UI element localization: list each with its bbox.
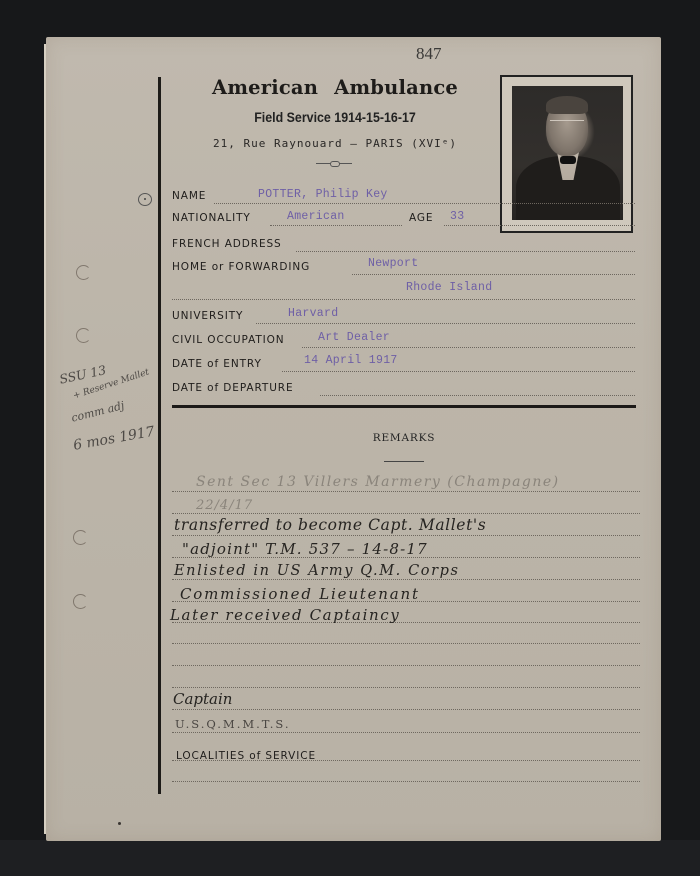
card-subtitle: Field Service 1914-15-16-17 bbox=[192, 110, 477, 125]
university-label: UNIVERSITY bbox=[172, 310, 243, 322]
nationality-line bbox=[270, 225, 402, 226]
card-address: 21, Rue Raynouard — PARIS (XVIᵉ) bbox=[180, 137, 490, 150]
remarks-underline bbox=[384, 461, 424, 462]
date-of-entry-label: DATE of ENTRY bbox=[172, 358, 262, 370]
section-rule bbox=[172, 405, 636, 408]
field-date-of-entry: DATE of ENTRY 14 April 1917 bbox=[172, 354, 635, 372]
french-address-label: FRENCH ADDRESS bbox=[172, 238, 282, 250]
photo-glasses bbox=[550, 120, 584, 128]
remark-line-3: transferred to become Capt. Mallet's bbox=[174, 516, 486, 534]
punch-hole-icon bbox=[76, 265, 91, 280]
localities-line-2 bbox=[172, 781, 640, 782]
background-bottom bbox=[0, 840, 700, 876]
nationality-label: NATIONALITY bbox=[172, 212, 251, 224]
remarks-line bbox=[172, 687, 640, 688]
home-forwarding-line-2 bbox=[172, 299, 635, 300]
date-of-departure-line bbox=[320, 395, 635, 396]
remark-line-6: Commissioned Lieutenant bbox=[180, 585, 420, 603]
remarks-heading: REMARKS bbox=[172, 432, 636, 444]
remarks-line bbox=[172, 732, 640, 733]
name-value: POTTER, Philip Key bbox=[258, 188, 388, 201]
nationality-value: American bbox=[287, 210, 345, 223]
civil-occupation-line bbox=[302, 347, 635, 348]
remarks-line bbox=[172, 665, 640, 666]
photo-hair bbox=[546, 96, 588, 114]
remarks-line bbox=[172, 513, 640, 514]
home-forwarding-line bbox=[352, 274, 635, 275]
remark-line-7: Later received Captaincy bbox=[170, 606, 400, 624]
remarks-line bbox=[172, 643, 640, 644]
punch-hole-icon bbox=[73, 594, 88, 609]
punch-hole-icon bbox=[76, 328, 91, 343]
paper-speck bbox=[118, 822, 121, 825]
home-forwarding-value-1: Newport bbox=[368, 257, 418, 270]
university-line bbox=[256, 323, 635, 324]
home-forwarding-label: HOME or FORWARDING bbox=[172, 261, 310, 273]
remark-line-4: "adjoint" T.M. 537 – 14-8-17 bbox=[182, 540, 428, 558]
date-of-entry-value: 14 April 1917 bbox=[304, 354, 398, 367]
field-civil-occupation: CIVIL OCCUPATION Art Dealer bbox=[172, 330, 635, 348]
remark-line-9: U.S.Q.M.M.T.S. bbox=[175, 717, 291, 731]
ornament-divider bbox=[316, 163, 352, 164]
field-date-of-departure: DATE of DEPARTURE bbox=[172, 378, 635, 396]
remarks-line bbox=[172, 709, 640, 710]
university-value: Harvard bbox=[288, 307, 338, 320]
punch-hole-icon bbox=[73, 530, 88, 545]
remarks-line bbox=[172, 535, 640, 536]
field-university: UNIVERSITY Harvard bbox=[172, 306, 635, 324]
remarks-line bbox=[172, 491, 640, 492]
vertical-rule bbox=[158, 77, 161, 794]
age-line bbox=[444, 225, 635, 226]
home-forwarding-value-2: Rhode Island bbox=[406, 281, 492, 294]
age-label: AGE bbox=[409, 212, 433, 224]
date-of-entry-line bbox=[282, 371, 635, 372]
photo-bowtie bbox=[560, 156, 576, 164]
remark-line-2: 22/4/17 bbox=[196, 498, 253, 513]
field-home-forwarding: HOME or FORWARDING Newport bbox=[172, 257, 635, 275]
french-address-line bbox=[296, 251, 635, 252]
civil-occupation-value: Art Dealer bbox=[318, 331, 390, 344]
remark-line-8: Captain bbox=[173, 690, 232, 708]
remark-line-5: Enlisted in US Army Q.M. Corps bbox=[174, 563, 460, 579]
field-home-forwarding-cont: Rhode Island bbox=[172, 279, 635, 297]
civil-occupation-label: CIVIL OCCUPATION bbox=[172, 334, 285, 346]
field-nationality: NATIONALITY American AGE 33 bbox=[172, 208, 635, 226]
field-french-address: FRENCH ADDRESS bbox=[172, 234, 635, 252]
localities-label: LOCALITIES of SERVICE bbox=[176, 750, 316, 762]
title-word-2: Ambulance bbox=[334, 76, 458, 99]
name-label: NAME bbox=[172, 190, 206, 202]
age-value: 33 bbox=[450, 210, 464, 223]
circle-mark-icon bbox=[138, 193, 152, 206]
name-line bbox=[214, 203, 635, 204]
card-title: AmericanAmbulance bbox=[180, 76, 490, 99]
field-localities: LOCALITIES of SERVICE bbox=[176, 746, 635, 764]
serial-number: 847 bbox=[416, 44, 442, 64]
field-name: NAME POTTER, Philip Key bbox=[172, 186, 635, 204]
date-of-departure-label: DATE of DEPARTURE bbox=[172, 382, 294, 394]
remarks-line bbox=[172, 579, 640, 580]
remark-line-1: Sent Sec 13 Villers Marmery (Champagne) bbox=[196, 474, 560, 490]
title-word-1: American bbox=[212, 76, 318, 99]
